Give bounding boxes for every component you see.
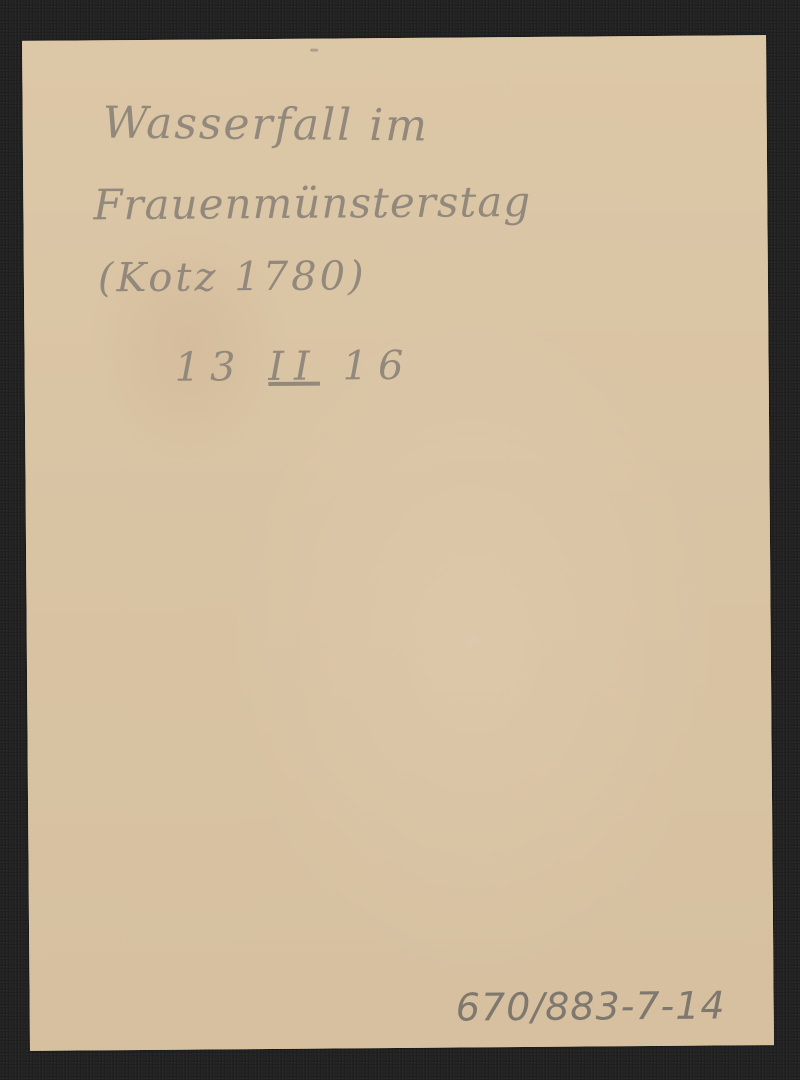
archive-number: 670/883-7-14: [456, 983, 726, 1029]
handwritten-note-line-3: (Kotz 1780): [98, 253, 367, 301]
handwritten-title-line-2: Frauenmünsterstag: [93, 177, 531, 229]
handwritten-date: 13 II 16: [174, 343, 413, 391]
date-month: II: [268, 344, 320, 390]
pencil-mark: [310, 49, 318, 52]
handwritten-title-line-1: Wasserfall im: [102, 97, 429, 151]
date-day: 13: [174, 344, 245, 391]
date-year: 16: [342, 343, 413, 390]
document-card: Wasserfall im Frauenmünsterstag (Kotz 17…: [22, 35, 774, 1051]
